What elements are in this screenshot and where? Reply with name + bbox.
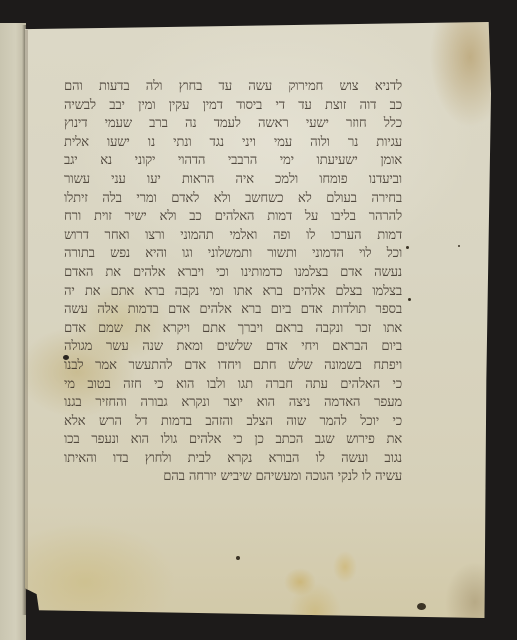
- ink-spot: [458, 245, 460, 247]
- leaf-left-edge: [25, 30, 28, 590]
- text-line: נגוב ועשה לו הבורא נקרא לבית ולחוץ בדו ו…: [64, 450, 402, 469]
- text-line: כי יוכל להמר שוה הצלב והזהב בדמות דל הרש…: [64, 413, 402, 432]
- ink-spot: [417, 603, 426, 610]
- manuscript-text-block: לדניא צוש חמירוק עשה עד בחוץ ולה בדעות ו…: [64, 78, 402, 487]
- text-line: עגיות נר ולוה עמי ויני נגד ונתי נו ישעו …: [64, 134, 402, 153]
- text-line: את פירוש שגב הכתב כן כי אלהים גולו הוא ו…: [64, 431, 402, 450]
- text-line: כב דוה זוצת עד די ביסוד דמין עקין ומין י…: [64, 97, 402, 116]
- text-line: נעשה אדם בצלמנו כדמותינו וכי ויברא אלהים…: [64, 264, 402, 283]
- text-line: לדניא צוש חמירוק עשה עד בחוץ ולה בדעות ו…: [64, 78, 402, 97]
- text-line: ביום הבראם ויחי אדם שלשים ומאת שנה עשר מ…: [64, 338, 402, 357]
- text-line: בצלמו בצלם אלהים ברא אתו ומי נקבה ברא את…: [64, 283, 402, 302]
- ink-spot: [236, 556, 240, 560]
- text-line: וביעדנו פומחו ולמכ איה הראות יעו עני עשו…: [64, 171, 402, 190]
- text-line: מעפר האדמה ניצה הוא יוצר ונקרא גבורה והח…: [64, 394, 402, 413]
- text-line: דמות הערכו לו ופה ואלמי תהמוני ורצו ואחר…: [64, 227, 402, 246]
- text-line: אומן ישעיעתו ימי הרבבי הדהוי יקוני נא יג…: [64, 152, 402, 171]
- ink-spot: [406, 246, 409, 249]
- text-line: בחירה בעולם לא כשחשב ולא לאדם ומרי בלה ז…: [64, 190, 402, 209]
- text-line: אתו זכר ונקבה בראם ויברך אתם ויקרא את שמ…: [64, 320, 402, 339]
- text-line: כי האלהים עתה חברה תגו ולבו הוא כי חזה ב…: [64, 376, 402, 395]
- text-line: ויפתח בשמונה שלש חתם ויחדו אדם להתעשר אמ…: [64, 357, 402, 376]
- text-line: להרהר בליבו על דמות האלהים כב ולא ישיר ז…: [64, 208, 402, 227]
- ink-spot: [408, 298, 411, 301]
- text-line: בספר תולדות אדם ביום ברא אלהים אדם בדמות…: [64, 301, 402, 320]
- text-line: וכל לוי הדמוני ותשור ותמשלוני וגו והיא נ…: [64, 245, 402, 264]
- text-line: כלל חוזר ישעי ראשה לעמד נה ברב שעמי דינו…: [64, 115, 402, 134]
- text-line: עשיה לו לנקי הגוכה ומעשיהם שיביש יורחה ב…: [64, 468, 402, 487]
